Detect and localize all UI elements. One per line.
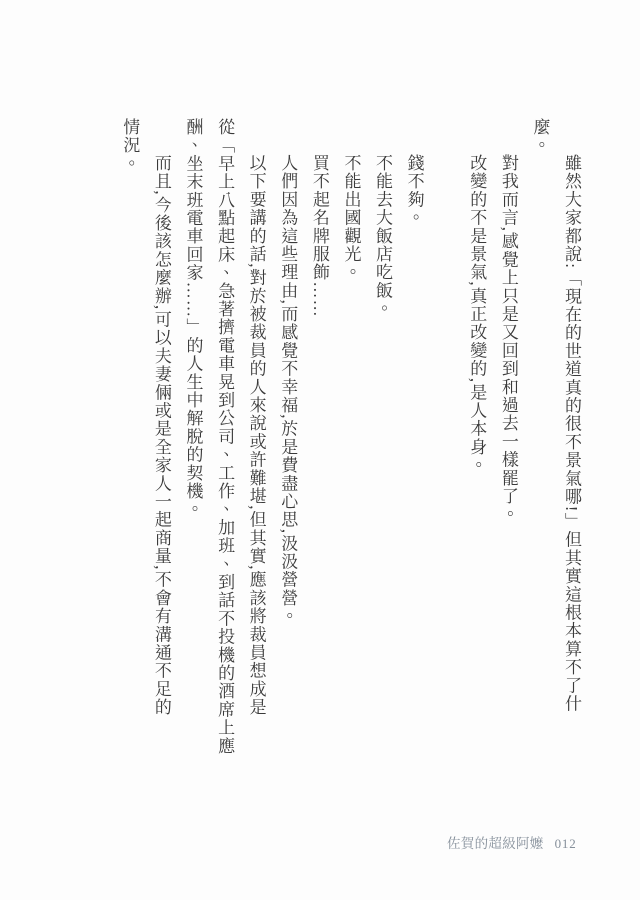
- text-column: 雖然大家都說:「現在的世道真的很不景氣哪!」但其實這根本算不了什: [555, 118, 587, 768]
- text-column: 錢不夠。: [398, 118, 430, 768]
- text-column: 買不起名牌服飾……: [303, 118, 335, 768]
- text-column: 人們因為這些理由,而感覺不幸福,於是費盡心思,汲汲營營。: [272, 118, 304, 768]
- page-footer: 佐賀的超級阿嬤 012: [447, 832, 577, 852]
- text-column: 麼。: [524, 118, 556, 768]
- text-column: 而且,今後該怎麼辦,可以夫妻倆或是全家人一起商量,不會有溝通不足的: [145, 118, 177, 768]
- text-column: 酬、坐末班電車回家……」的人生中解脫的契機。: [177, 118, 209, 768]
- text-column: 不能去大飯店吃飯。: [366, 118, 398, 768]
- text-column: 從「早上八點起床、急著擠電車晃到公司、工作、加班、到話不投機的酒席上應: [208, 118, 240, 768]
- text-column: 情況。: [114, 118, 146, 768]
- body-text-block: 雖然大家都說:「現在的世道真的很不景氣哪!」但其實這根本算不了什 麼。 對我而言…: [114, 118, 587, 768]
- running-title: 佐賀的超級阿嬤: [447, 832, 544, 852]
- page-number: 012: [555, 836, 577, 852]
- text-column: 對我而言,感覺上只是又回到和過去一樣罷了。: [492, 118, 524, 768]
- text-column: 以下要講的話,對於被裁員的人來說或許難堪,但其實,應該將裁員想成是: [240, 118, 272, 768]
- text-column: 改變的不是景氣,真正改變的,是人本身。: [461, 118, 493, 768]
- text-column: 不能出國觀光。: [335, 118, 367, 768]
- book-page: 雖然大家都說:「現在的世道真的很不景氣哪!」但其實這根本算不了什 麼。 對我而言…: [0, 0, 640, 900]
